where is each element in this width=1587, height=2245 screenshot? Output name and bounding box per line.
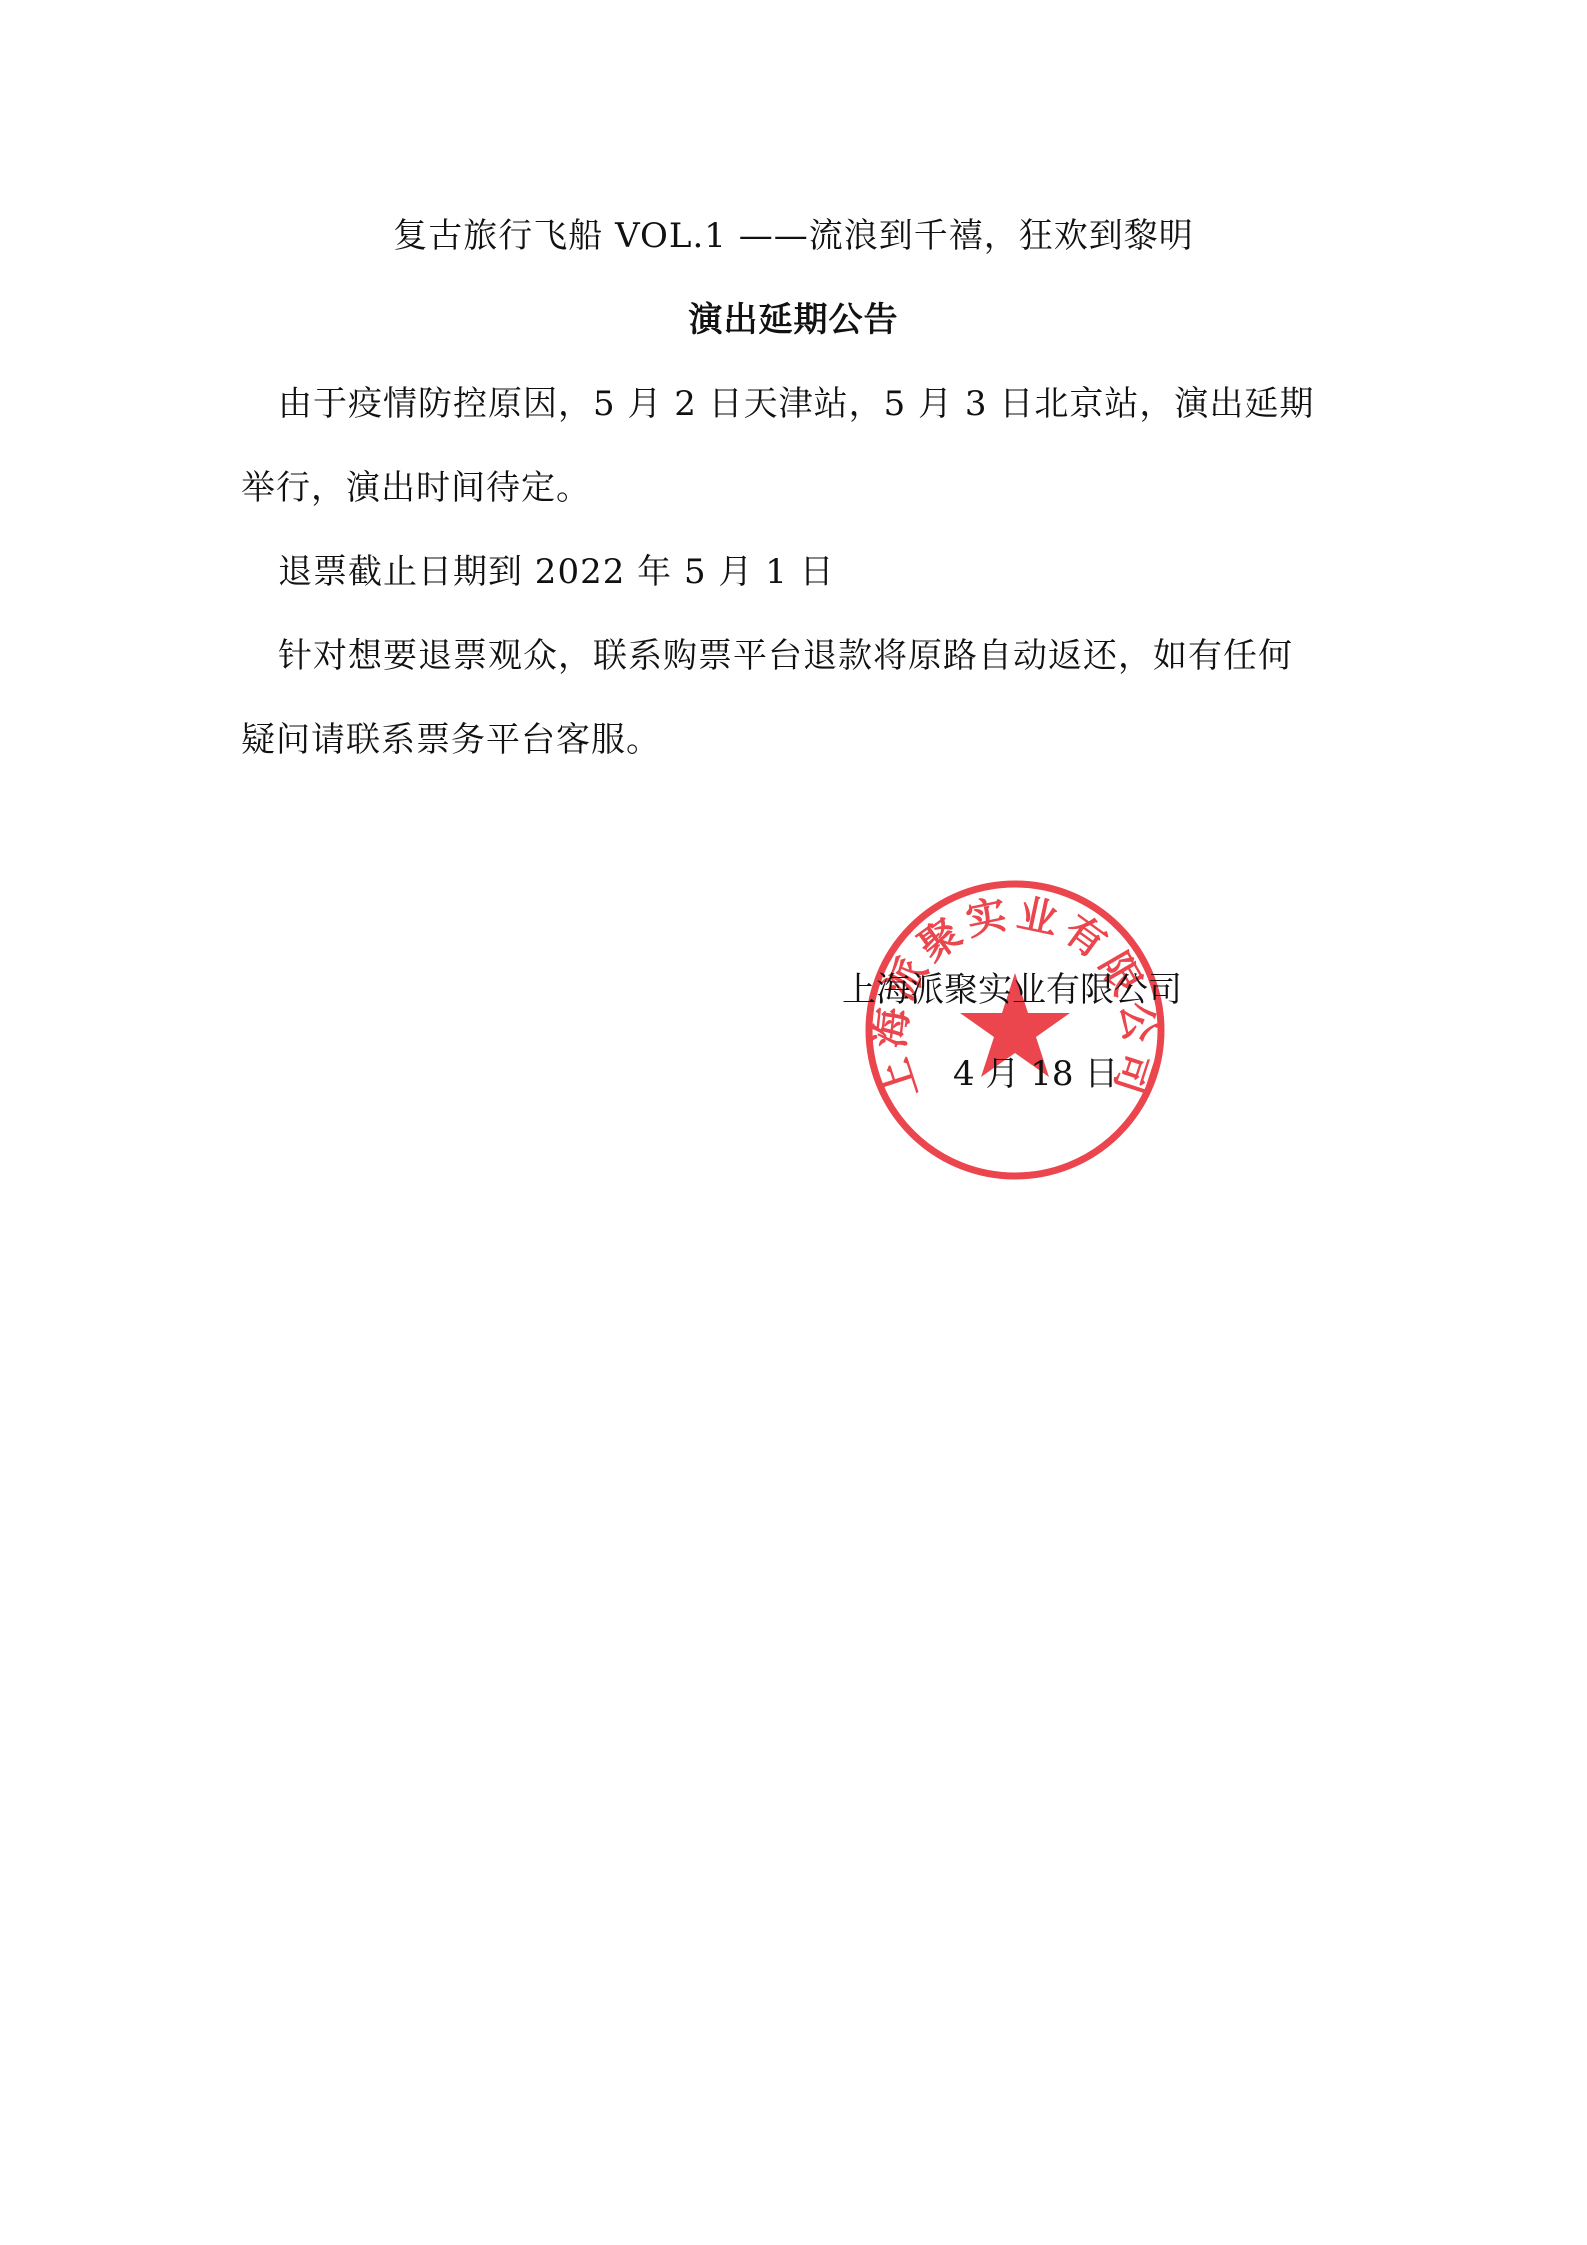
document-title: 复古旅行飞船 VOL.1 ——流浪到千禧，狂欢到黎明 [0, 216, 1587, 256]
company-seal-stamp: 上海派聚实业有限公司 [860, 875, 1170, 1185]
refund-deadline: 退票截止日期到 2022 年 5 月 1 日 [278, 552, 1388, 592]
signature-date: 4 月 18 日 [953, 1054, 1118, 1094]
signature-company: 上海派聚实业有限公司 [842, 970, 1182, 1010]
notice-heading: 演出延期公告 [0, 300, 1587, 340]
document-page: 复古旅行飞船 VOL.1 ——流浪到千禧，狂欢到黎明 演出延期公告 由于疫情防控… [0, 0, 1587, 2245]
paragraph-3-line-2: 疑问请联系票务平台客服。 [241, 720, 1351, 760]
paragraph-1-line-1: 由于疫情防控原因，5 月 2 日天津站，5 月 3 日北京站，演出延期 [278, 384, 1388, 424]
paragraph-3-line-1: 针对想要退票观众，联系购票平台退款将原路自动返还，如有任何 [278, 636, 1388, 676]
paragraph-1-line-2: 举行，演出时间待定。 [241, 468, 1351, 508]
